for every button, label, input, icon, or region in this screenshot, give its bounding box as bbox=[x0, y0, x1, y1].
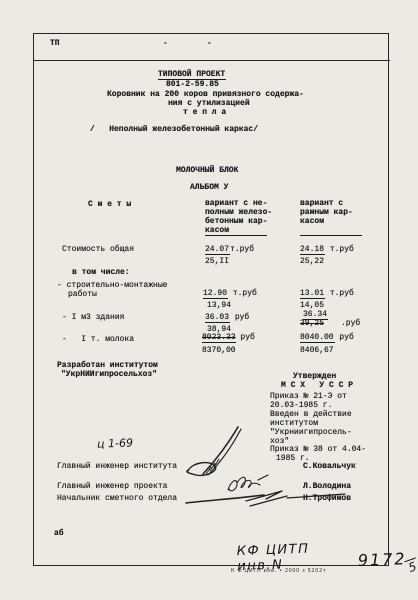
approval-line9: Приказ № 38 от 4.04- bbox=[270, 445, 366, 454]
inventory-stamp-denominator: 5 bbox=[405, 557, 418, 575]
approval-line4: 20.03-1985 г. bbox=[270, 401, 332, 410]
col2-header-line1: вариант с не- bbox=[205, 199, 267, 208]
table-row-header: С м е т ы bbox=[88, 200, 131, 209]
project-name-line2: ния с утилизацией bbox=[168, 99, 250, 108]
block-title: МОЛОЧНЫЙ БЛОК bbox=[176, 166, 238, 175]
row-construction-col2-unit: т.руб bbox=[228, 289, 257, 298]
project-number: 801-2-59.85 bbox=[166, 80, 219, 89]
row-construction-col3-new: 13.01 т.руб bbox=[300, 289, 354, 298]
row-perm3-col3-new: 36.34 bbox=[303, 310, 328, 319]
inventory-stamp-number: 9172 bbox=[357, 549, 406, 570]
handwritten-code: ц 1-69 bbox=[97, 436, 133, 450]
col2-header-underline bbox=[205, 235, 267, 236]
col3-header-line3: касом bbox=[300, 217, 324, 226]
col3-header-line1: вариант с bbox=[300, 199, 343, 208]
col2-header-line4: касом bbox=[205, 226, 229, 235]
variant-note: / Неполный железобетонный каркас/ bbox=[90, 125, 258, 134]
row-total-col2-value: 24.07 bbox=[205, 245, 230, 255]
row-total-col3-old: 25,22 bbox=[300, 257, 324, 266]
including-label: в том числе: bbox=[72, 268, 130, 277]
row-total-col2-unit: т.руб bbox=[230, 245, 254, 254]
row-perton-col2-new: 8023.33 руб bbox=[202, 333, 255, 342]
approval-line5: Введен в действие bbox=[270, 410, 352, 419]
header-dash-1: - bbox=[163, 39, 168, 48]
row-perton-col2-old: 8370,00 bbox=[202, 346, 236, 355]
row-perm3-col3-old: 39,25 bbox=[300, 319, 324, 328]
row-total-label: Стоимость общая bbox=[62, 245, 134, 254]
approval-line2: М С Х У С С Р bbox=[281, 381, 353, 390]
project-name-line3: т е п л а bbox=[183, 108, 226, 117]
project-type-title: ТИПОВОЙ ПРОЕКТ bbox=[158, 70, 226, 80]
row-total-col3-unit: т.руб bbox=[325, 245, 354, 254]
approval-line6: институтом bbox=[270, 419, 318, 428]
print-colophon: К Ф ЦИТП инв. • 2000 з 5202т bbox=[231, 568, 326, 574]
row-construction-col3-value: 13.01 bbox=[300, 289, 325, 299]
header-band-divider bbox=[33, 60, 390, 61]
row-total-col2-new: 24.07т.руб bbox=[205, 245, 254, 254]
row-perm3-label: - I м3 здания bbox=[62, 313, 124, 322]
row-construction-col3-old: 14,05 bbox=[300, 301, 324, 310]
row-perm3-col3-unit: .руб bbox=[341, 319, 360, 328]
row-perton-col2-value: 8023.33 bbox=[202, 333, 236, 343]
row-total-col3-new: 24.18 т.руб bbox=[300, 245, 354, 254]
row-construction-label-1: - строительно-монтажные bbox=[57, 281, 167, 290]
col2-header-line3: бетонным кар- bbox=[205, 217, 267, 226]
signature-title-3: Начальник сметного отдела bbox=[57, 494, 177, 503]
row-perton-col3-value: 8040.00 bbox=[300, 333, 335, 343]
signature-title-2: Главный инженер проекта bbox=[57, 482, 167, 491]
approval-line3: Приказ № 21-Э от bbox=[270, 392, 347, 401]
row-construction-col3-unit: т.руб bbox=[325, 289, 354, 298]
row-perton-col3-new: 8040.00 руб bbox=[300, 333, 354, 342]
developer-line1: Разработан институтом bbox=[57, 361, 158, 370]
approval-line1: Утвержден bbox=[293, 372, 336, 381]
row-perton-label: - I т. молока bbox=[62, 335, 134, 344]
scanned-document-page: ТП - - ТИПОВОЙ ПРОЕКТ 801-2-59.85 Коровн… bbox=[0, 0, 418, 600]
col2-header-line2: полным железо- bbox=[205, 208, 272, 217]
row-construction-col2-value: 12.90 bbox=[203, 289, 228, 299]
page-mark: аб bbox=[54, 529, 64, 538]
row-total-col2-old: 25,II bbox=[205, 257, 229, 266]
row-perm3-col2-value: 36.03 bbox=[205, 313, 230, 323]
series-mark: ТП bbox=[50, 39, 60, 48]
signature-title-1: Главный инженер института bbox=[57, 462, 177, 471]
signature-name-3: Н.Трофимов bbox=[303, 494, 351, 503]
header-dash-2: - bbox=[207, 39, 212, 48]
row-perm3-col2-unit: руб bbox=[230, 313, 249, 322]
developer-line2: "УкрНИИгипросельхоз" bbox=[61, 370, 157, 379]
project-name-line1: Коровник на 200 коров привязного содержа… bbox=[107, 90, 304, 99]
signature-name-2: Л.Володина bbox=[303, 482, 351, 491]
col3-header-line2: рамным кар- bbox=[300, 208, 353, 217]
approval-line7: "Укрниигипросель- bbox=[270, 428, 352, 437]
row-total-col3-value: 24.18 bbox=[300, 245, 325, 255]
row-perton-col3-old: 8406,67 bbox=[300, 346, 334, 355]
row-construction-col2-old: 13,94 bbox=[207, 301, 231, 310]
row-construction-col2-new: 12.90 т.руб bbox=[203, 289, 257, 298]
col3-header-underline bbox=[300, 235, 362, 236]
row-perton-col2-unit: руб bbox=[236, 333, 255, 342]
row-perton-col3-unit: руб bbox=[335, 333, 354, 342]
album-title: АЛЬБОМ У bbox=[190, 183, 228, 192]
signature-name-1: С.Ковальчук bbox=[303, 462, 356, 471]
row-construction-label-2: работы bbox=[68, 290, 97, 299]
row-perm3-col2-new: 36.03 руб bbox=[205, 313, 249, 322]
